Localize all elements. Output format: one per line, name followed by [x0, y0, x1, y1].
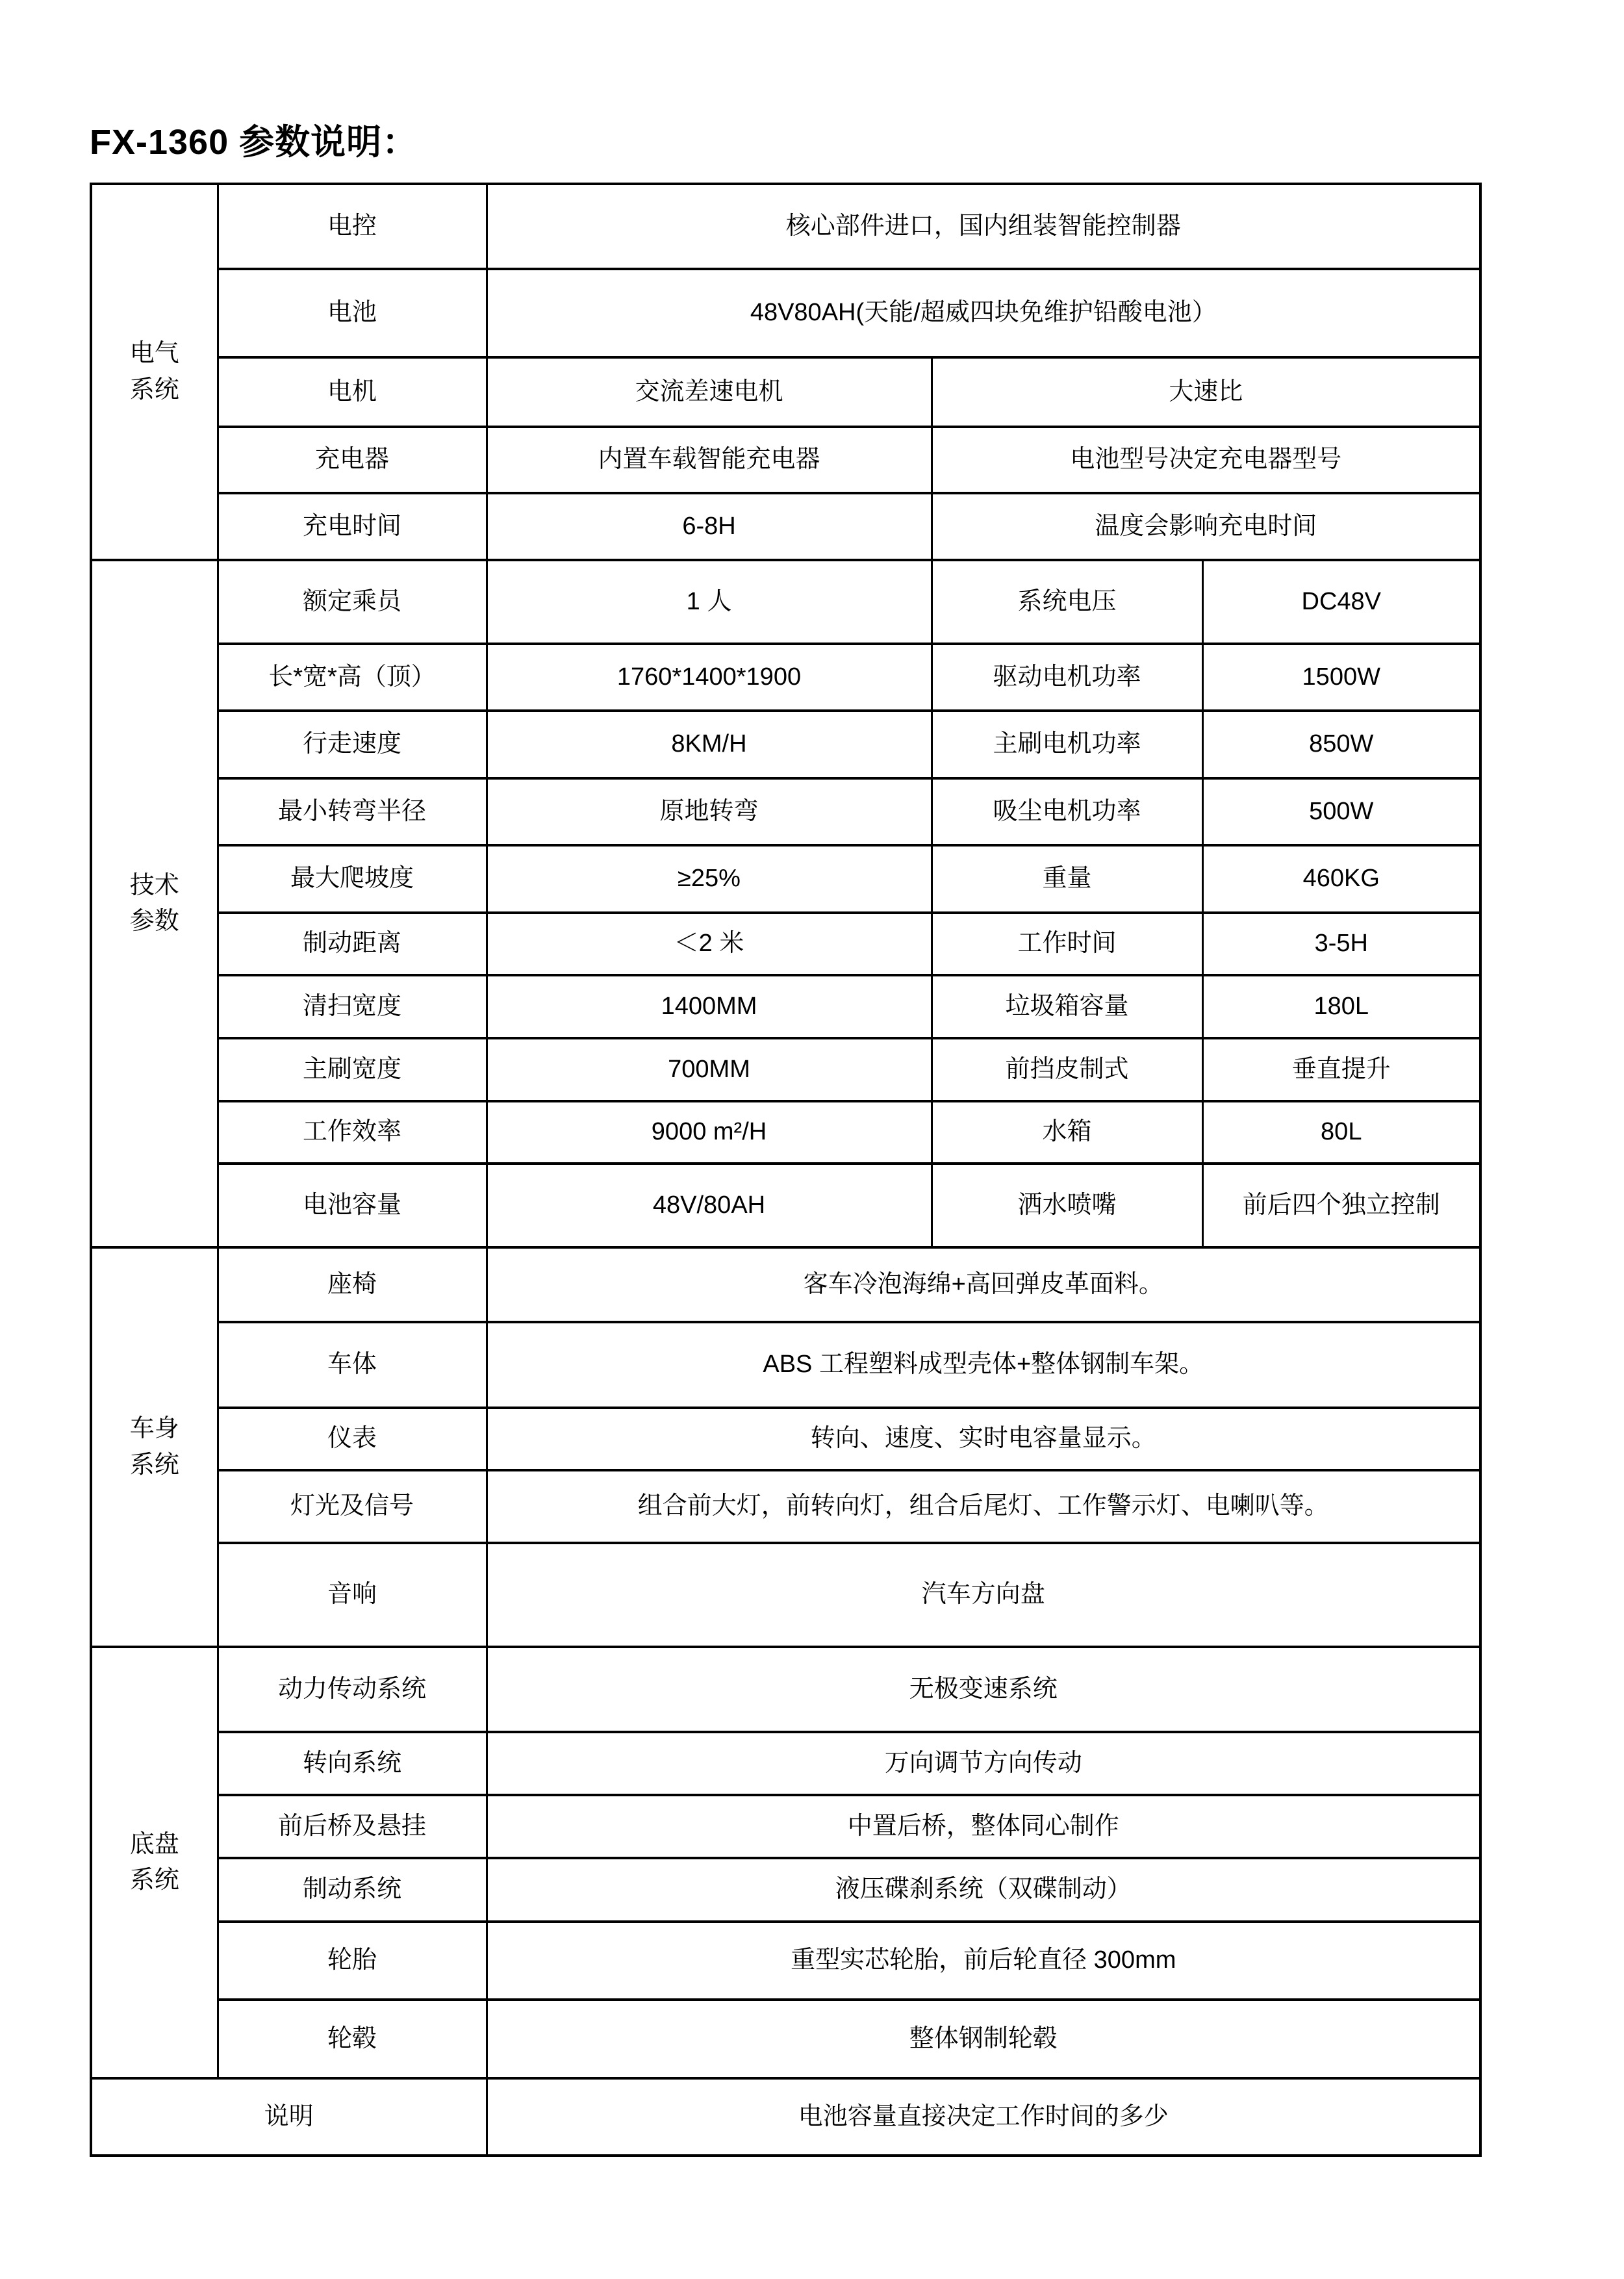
table-row: 说明 电池容量直接决定工作时间的多少 — [91, 2078, 1480, 2156]
row-value-cell: 万向调节方向传动 — [487, 1732, 1480, 1795]
row-value-cell: 1400MM — [487, 975, 932, 1038]
row-value-cell: ABS 工程塑料成型壳体+整体钢制车架。 — [487, 1322, 1480, 1408]
row-label-cell: 前后桥及悬挂 — [218, 1795, 487, 1858]
row-label-cell: 轮胎 — [218, 1922, 487, 2000]
row-value-cell: 9000 m²/H — [487, 1101, 932, 1164]
row-label-cell: 电机 — [218, 357, 487, 427]
table-row: 长*宽*高（顶） 1760*1400*1900 驱动电机功率 1500W — [91, 644, 1480, 711]
row-label-cell: 充电器 — [218, 427, 487, 493]
row-value-cell: 液压碟刹系统（双碟制动） — [487, 1858, 1480, 1922]
row-value2-cell: 前后四个独立控制 — [1202, 1164, 1480, 1247]
row-label-cell: 转向系统 — [218, 1732, 487, 1795]
row-value-cell: 48V/80AH — [487, 1164, 932, 1247]
table-row: 行走速度 8KM/H 主刷电机功率 850W — [91, 711, 1480, 778]
row-label2-cell: 系统电压 — [932, 560, 1202, 644]
table-row: 清扫宽度 1400MM 垃圾箱容量 180L — [91, 975, 1480, 1038]
row-value-cell: 转向、速度、实时电容量显示。 — [487, 1408, 1480, 1470]
table-row: 工作效率 9000 m²/H 水箱 80L — [91, 1101, 1480, 1164]
row-value-cell: 6-8H — [487, 493, 932, 560]
document-page: FX-1360 参数说明： 电气 系统 电控 核心部件进口，国内组装智能控制器 … — [0, 0, 1624, 2279]
row-label2-cell: 水箱 — [932, 1101, 1202, 1164]
row-value-cell: 8KM/H — [487, 711, 932, 778]
row-label-cell: 电池 — [218, 269, 487, 357]
row-value2-cell: 温度会影响充电时间 — [932, 493, 1480, 560]
table-row: 技术 参数 额定乘员 1 人 系统电压 DC48V — [91, 560, 1480, 644]
table-row: 音响 汽车方向盘 — [91, 1543, 1480, 1647]
row-label-cell: 仪表 — [218, 1408, 487, 1470]
row-label2-cell: 重量 — [932, 845, 1202, 913]
row-label-cell: 行走速度 — [218, 711, 487, 778]
row-value2-cell: 460KG — [1202, 845, 1480, 913]
row-value-cell: 48V80AH(天能/超威四块免维护铅酸电池） — [487, 269, 1480, 357]
row-value-cell: 整体钢制轮毂 — [487, 2000, 1480, 2078]
table-row: 制动距离 ＜2 米 工作时间 3-5H — [91, 913, 1480, 975]
row-value2-cell: 850W — [1202, 711, 1480, 778]
table-row: 前后桥及悬挂 中置后桥，整体同心制作 — [91, 1795, 1480, 1858]
row-label-cell: 长*宽*高（顶） — [218, 644, 487, 711]
section-label-technical: 技术 参数 — [91, 560, 218, 1247]
table-row: 车身 系统 座椅 客车冷泡海绵+高回弹皮革面料。 — [91, 1247, 1480, 1322]
row-value-cell: 内置车载智能充电器 — [487, 427, 932, 493]
row-label-cell: 车体 — [218, 1322, 487, 1408]
row-label-cell: 额定乘员 — [218, 560, 487, 644]
row-value-cell: 中置后桥，整体同心制作 — [487, 1795, 1480, 1858]
row-label2-cell: 前挡皮制式 — [932, 1038, 1202, 1101]
row-value2-cell: 垂直提升 — [1202, 1038, 1480, 1101]
table-row: 轮毂 整体钢制轮毂 — [91, 2000, 1480, 2078]
row-label-cell: 动力传动系统 — [218, 1647, 487, 1732]
section-label-electrical: 电气 系统 — [91, 184, 218, 560]
row-label-cell: 电控 — [218, 184, 487, 269]
row-label-cell: 电池容量 — [218, 1164, 487, 1247]
section-label-chassis: 底盘 系统 — [91, 1647, 218, 2078]
row-value-cell: ＜2 米 — [487, 913, 932, 975]
row-value-cell: 交流差速电机 — [487, 357, 932, 427]
row-label-cell: 最小转弯半径 — [218, 778, 487, 845]
row-label-cell: 制动系统 — [218, 1858, 487, 1922]
table-row: 电机 交流差速电机 大速比 — [91, 357, 1480, 427]
table-row: 底盘 系统 动力传动系统 无极变速系统 — [91, 1647, 1480, 1732]
page-title: FX-1360 参数说明： — [90, 114, 418, 164]
row-value-cell: 客车冷泡海绵+高回弹皮革面料。 — [487, 1247, 1480, 1322]
row-value2-cell: 1500W — [1202, 644, 1480, 711]
row-label-cell: 充电时间 — [218, 493, 487, 560]
row-label-cell: 音响 — [218, 1543, 487, 1647]
table-row: 最大爬坡度 ≥25% 重量 460KG — [91, 845, 1480, 913]
row-label-cell: 清扫宽度 — [218, 975, 487, 1038]
row-value2-cell: 大速比 — [932, 357, 1480, 427]
row-value-cell: 无极变速系统 — [487, 1647, 1480, 1732]
row-label-cell: 灯光及信号 — [218, 1470, 487, 1543]
row-value2-cell: 80L — [1202, 1101, 1480, 1164]
row-label-cell: 制动距离 — [218, 913, 487, 975]
row-label-cell: 工作效率 — [218, 1101, 487, 1164]
row-label2-cell: 吸尘电机功率 — [932, 778, 1202, 845]
table-row: 最小转弯半径 原地转弯 吸尘电机功率 500W — [91, 778, 1480, 845]
row-label2-cell: 工作时间 — [932, 913, 1202, 975]
table-row: 转向系统 万向调节方向传动 — [91, 1732, 1480, 1795]
row-value2-cell: 电池型号决定充电器型号 — [932, 427, 1480, 493]
table-row: 仪表 转向、速度、实时电容量显示。 — [91, 1408, 1480, 1470]
row-value-cell: 组合前大灯，前转向灯，组合后尾灯、工作警示灯、电喇叭等。 — [487, 1470, 1480, 1543]
row-value2-cell: 180L — [1202, 975, 1480, 1038]
row-value-cell: 原地转弯 — [487, 778, 932, 845]
row-value-cell: 1760*1400*1900 — [487, 644, 932, 711]
row-label2-cell: 驱动电机功率 — [932, 644, 1202, 711]
note-label-cell: 说明 — [91, 2078, 487, 2156]
row-value-cell: 1 人 — [487, 560, 932, 644]
row-value2-cell: DC48V — [1202, 560, 1480, 644]
table-row: 灯光及信号 组合前大灯，前转向灯，组合后尾灯、工作警示灯、电喇叭等。 — [91, 1470, 1480, 1543]
table-row: 充电器 内置车载智能充电器 电池型号决定充电器型号 — [91, 427, 1480, 493]
table-row: 制动系统 液压碟刹系统（双碟制动） — [91, 1858, 1480, 1922]
note-value-cell: 电池容量直接决定工作时间的多少 — [487, 2078, 1480, 2156]
table-row: 轮胎 重型实芯轮胎，前后轮直径 300mm — [91, 1922, 1480, 2000]
spec-table: 电气 系统 电控 核心部件进口，国内组装智能控制器 电池 48V80AH(天能/… — [90, 183, 1482, 2157]
row-value2-cell: 500W — [1202, 778, 1480, 845]
table-row: 车体 ABS 工程塑料成型壳体+整体钢制车架。 — [91, 1322, 1480, 1408]
section-label-body: 车身 系统 — [91, 1247, 218, 1647]
table-row: 主刷宽度 700MM 前挡皮制式 垂直提升 — [91, 1038, 1480, 1101]
row-value-cell: 重型实芯轮胎，前后轮直径 300mm — [487, 1922, 1480, 2000]
table-row: 电池 48V80AH(天能/超威四块免维护铅酸电池） — [91, 269, 1480, 357]
row-label2-cell: 洒水喷嘴 — [932, 1164, 1202, 1247]
row-value2-cell: 3-5H — [1202, 913, 1480, 975]
row-label-cell: 座椅 — [218, 1247, 487, 1322]
row-value-cell: ≥25% — [487, 845, 932, 913]
row-label-cell: 轮毂 — [218, 2000, 487, 2078]
table-row: 电池容量 48V/80AH 洒水喷嘴 前后四个独立控制 — [91, 1164, 1480, 1247]
row-value-cell: 700MM — [487, 1038, 932, 1101]
row-label2-cell: 垃圾箱容量 — [932, 975, 1202, 1038]
row-value-cell: 汽车方向盘 — [487, 1543, 1480, 1647]
row-label-cell: 主刷宽度 — [218, 1038, 487, 1101]
row-value-cell: 核心部件进口，国内组装智能控制器 — [487, 184, 1480, 269]
row-label-cell: 最大爬坡度 — [218, 845, 487, 913]
table-row: 电气 系统 电控 核心部件进口，国内组装智能控制器 — [91, 184, 1480, 269]
row-label2-cell: 主刷电机功率 — [932, 711, 1202, 778]
table-row: 充电时间 6-8H 温度会影响充电时间 — [91, 493, 1480, 560]
